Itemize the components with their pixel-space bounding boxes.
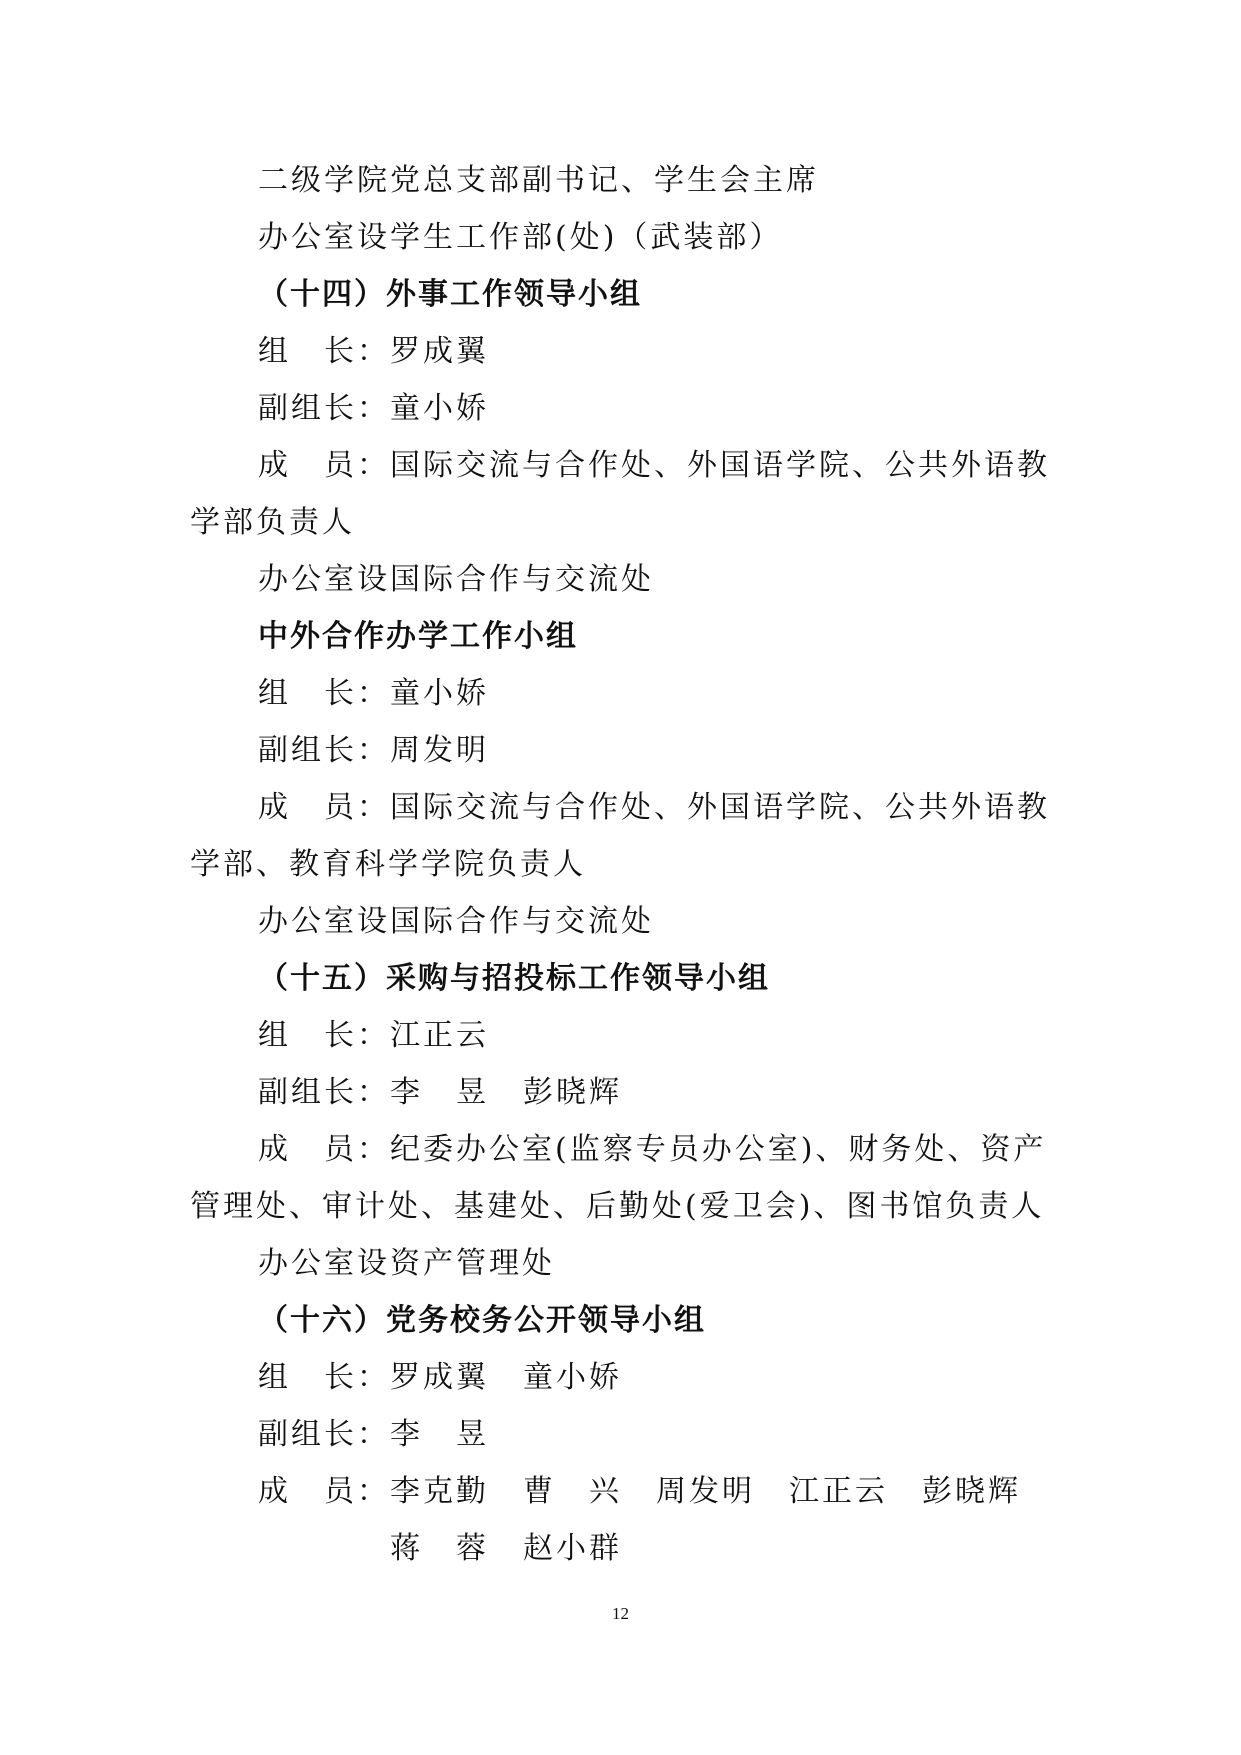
name: 李 昱 xyxy=(390,1417,489,1452)
members-row-continuation: 蒋 蓉赵小群 xyxy=(390,1529,622,1569)
paragraph: 办公室设学生工作部(处)（武装部） xyxy=(258,218,782,258)
deputy-leader-row: 副组长：李 昱 xyxy=(258,1415,489,1455)
field-label: 成 员： xyxy=(258,448,390,483)
field-label: 组 长： xyxy=(258,1018,390,1053)
name: 蒋 蓉 xyxy=(390,1531,489,1566)
section-heading: （十六）党务校务公开领导小组 xyxy=(258,1301,706,1341)
paragraph-continuation: 管理处、审计处、基建处、后勤处(爱卫会)、图书馆负责人 xyxy=(190,1187,1044,1227)
field-value: 童小娇 xyxy=(390,676,489,711)
name: 李 昱 xyxy=(390,1075,489,1110)
paragraph: 办公室设国际合作与交流处 xyxy=(258,902,654,942)
field-value: 国际交流与合作处、外国语学院、公共外语教 xyxy=(390,790,1050,825)
leader-row: 组 长：童小娇 xyxy=(258,674,489,714)
name: 曹 兴 xyxy=(523,1474,622,1509)
field-label: 副组长： xyxy=(258,733,390,768)
field-label: 成 员： xyxy=(258,1474,390,1509)
field-label: 成 员： xyxy=(258,1132,390,1167)
members-row: 成 员：国际交流与合作处、外国语学院、公共外语教 xyxy=(258,788,1050,828)
field-label: 成 员： xyxy=(258,790,390,825)
leader-row: 组 长：罗成翼 xyxy=(258,332,489,372)
name: 彭晓辉 xyxy=(922,1474,1021,1509)
leader-row: 组 长：罗成翼童小娇 xyxy=(258,1358,622,1398)
paragraph: 办公室设资产管理处 xyxy=(258,1244,555,1284)
field-value: 国际交流与合作处、外国语学院、公共外语教 xyxy=(390,448,1050,483)
deputy-leader-row: 副组长：童小娇 xyxy=(258,389,489,429)
field-label: 副组长： xyxy=(258,1417,390,1452)
name: 赵小群 xyxy=(523,1531,622,1566)
name: 罗成翼 xyxy=(390,1360,489,1395)
field-value: 罗成翼 xyxy=(390,334,489,369)
paragraph: 二级学院党总支部副书记、学生会主席 xyxy=(258,161,819,201)
field-value: 纪委办公室(监察专员办公室)、财务处、资产 xyxy=(390,1132,1046,1167)
name: 李克勤 xyxy=(390,1474,489,1509)
name: 童小娇 xyxy=(523,1360,622,1395)
deputy-leader-row: 副组长：李 昱彭晓辉 xyxy=(258,1073,622,1113)
name: 周发明 xyxy=(656,1474,755,1509)
field-label: 组 长： xyxy=(258,334,390,369)
field-label: 副组长： xyxy=(258,391,390,426)
field-label: 副组长： xyxy=(258,1075,390,1110)
field-value: 童小娇 xyxy=(390,391,489,426)
leader-row: 组 长：江正云 xyxy=(258,1016,489,1056)
name: 江正云 xyxy=(789,1474,888,1509)
deputy-leader-row: 副组长：周发明 xyxy=(258,731,489,771)
paragraph-continuation: 学部负责人 xyxy=(190,503,355,543)
members-row: 成 员：李克勤曹 兴周发明江正云彭晓辉 xyxy=(258,1472,1021,1512)
field-value: 江正云 xyxy=(390,1018,489,1053)
section-heading: （十四）外事工作领导小组 xyxy=(258,275,642,315)
document-page: 二级学院党总支部副书记、学生会主席 办公室设学生工作部(处)（武装部） （十四）… xyxy=(0,0,1241,1755)
field-value: 周发明 xyxy=(390,733,489,768)
field-label: 组 长： xyxy=(258,676,390,711)
paragraph-continuation: 学部、教育科学学院负责人 xyxy=(190,845,586,885)
section-heading: 中外合作办学工作小组 xyxy=(258,617,578,657)
section-heading: （十五）采购与招投标工作领导小组 xyxy=(258,959,770,999)
field-label: 组 长： xyxy=(258,1360,390,1395)
members-row: 成 员：纪委办公室(监察专员办公室)、财务处、资产 xyxy=(258,1130,1046,1170)
page-number: 12 xyxy=(0,1604,1241,1624)
members-row: 成 员：国际交流与合作处、外国语学院、公共外语教 xyxy=(258,446,1050,486)
paragraph: 办公室设国际合作与交流处 xyxy=(258,560,654,600)
name: 彭晓辉 xyxy=(523,1075,622,1110)
